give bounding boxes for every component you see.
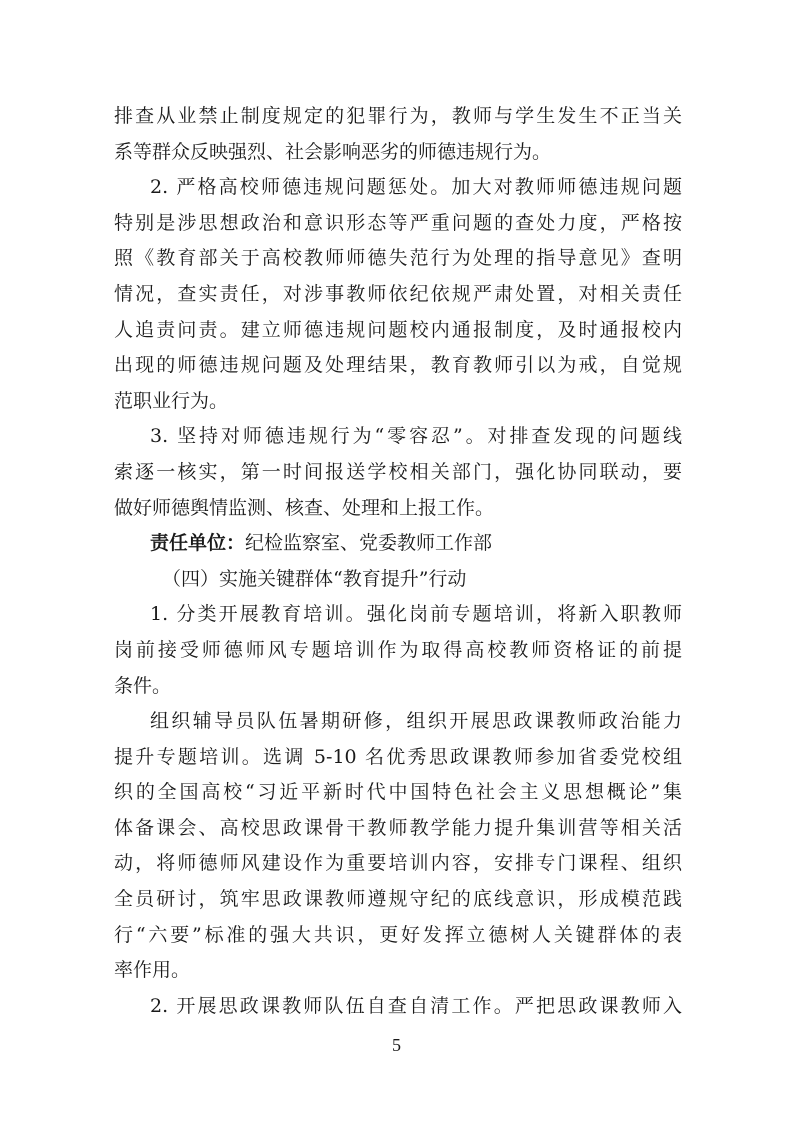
text-line: 出现的师德违规问题及处理结果，教育教师引以为戒，自觉规 bbox=[114, 348, 682, 384]
page-number: 5 bbox=[0, 1035, 793, 1056]
item-heading-line: 2. 开展思政课教师队伍自查自清工作。严把思政课教师入 bbox=[114, 989, 682, 1025]
responsibility-label: 责任单位： bbox=[150, 532, 245, 554]
text-line: 行“六要”标准的强大共识，更好发挥立德树人关键群体的表 bbox=[114, 918, 682, 954]
responsibility-line: 责任单位：纪检监察室、党委教师工作部 bbox=[114, 526, 682, 562]
document-page: 排查从业禁止制度规定的犯罪行为，教师与学生发生不正当关 系等群众反映强烈、社会影… bbox=[0, 0, 793, 1122]
text-line: 织的全国高校“习近平新时代中国特色社会主义思想概论”集 bbox=[114, 775, 682, 811]
section-heading: （四）实施关键群体“教育提升”行动 bbox=[114, 562, 682, 598]
text-line: 特别是涉思想政治和意识形态等严重问题的查处力度，严格按 bbox=[114, 206, 682, 242]
responsibility-value: 纪检监察室、党委教师工作部 bbox=[245, 532, 492, 554]
document-body: 排查从业禁止制度规定的犯罪行为，教师与学生发生不正当关 系等群众反映强烈、社会影… bbox=[114, 99, 682, 1024]
text-line: 范职业行为。 bbox=[114, 384, 682, 420]
text-line: 岗前接受师德师风专题培训作为取得高校教师资格证的前提 bbox=[114, 633, 682, 669]
item-heading-line: 2. 严格高校师德违规问题惩处。加大对教师师德违规问题 bbox=[114, 170, 682, 206]
text-line: 索逐一核实，第一时间报送学校相关部门，强化协同联动，要 bbox=[114, 455, 682, 491]
text-line: 动，将师德师风建设作为重要培训内容，安排专门课程、组织 bbox=[114, 846, 682, 882]
text-line: 情况，查实责任，对涉事教师依纪依规严肃处置，对相关责任 bbox=[114, 277, 682, 313]
item-heading-line: 3. 坚持对师德违规行为“零容忍”。对排查发现的问题线 bbox=[114, 419, 682, 455]
text-line: 组织辅导员队伍暑期研修，组织开展思政课教师政治能力 bbox=[114, 704, 682, 740]
text-line: 提升专题培训。选调 5-10 名优秀思政课教师参加省委党校组 bbox=[114, 740, 682, 776]
text-line: 人追责问责。建立师德违规问题校内通报制度，及时通报校内 bbox=[114, 313, 682, 349]
text-line: 照《教育部关于高校教师师德失范行为处理的指导意见》查明 bbox=[114, 241, 682, 277]
text-line: 率作用。 bbox=[114, 953, 682, 989]
text-line: 系等群众反映强烈、社会影响恶劣的师德违规行为。 bbox=[114, 135, 682, 171]
text-line: 全员研讨，筑牢思政课教师遵规守纪的底线意识，形成模范践 bbox=[114, 882, 682, 918]
item-heading-line: 1. 分类开展教育培训。强化岗前专题培训，将新入职教师 bbox=[114, 597, 682, 633]
text-line: 体备课会、高校思政课骨干教师教学能力提升集训营等相关活 bbox=[114, 811, 682, 847]
text-line: 排查从业禁止制度规定的犯罪行为，教师与学生发生不正当关 bbox=[114, 99, 682, 135]
text-line: 条件。 bbox=[114, 669, 682, 705]
text-line: 做好师德舆情监测、核查、处理和上报工作。 bbox=[114, 491, 682, 527]
